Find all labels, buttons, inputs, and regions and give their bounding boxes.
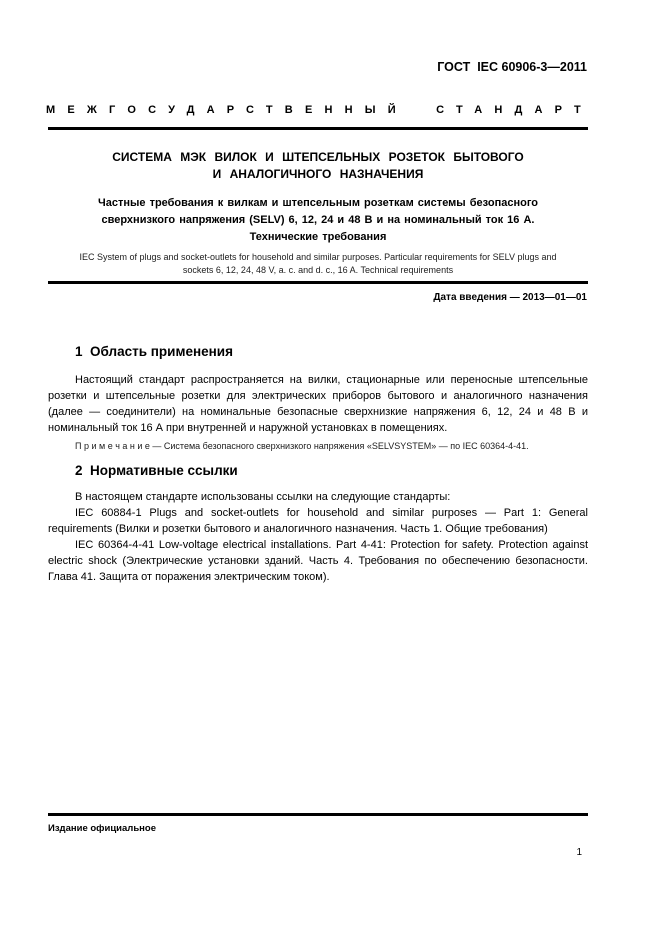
section-2-reference-1: IEC 60884-1 Plugs and socket-outlets for…: [48, 505, 588, 537]
footer-rule: [48, 813, 588, 816]
section-2-body: В настоящем стандарте использованы ссылк…: [48, 489, 588, 585]
document-title-english: IEC System of plugs and socket-outlets f…: [40, 251, 596, 277]
subtitle-line-1: Частные требования к вилкам и штепсельны…: [48, 195, 588, 212]
section-2-intro: В настоящем стандарте использованы ссылк…: [48, 489, 588, 505]
doc-number: ГОСТ IEC 60906-3—2011: [437, 60, 587, 74]
subtitle-line-2: сверхнизкого напряжения (SELV) 6, 12, 24…: [48, 212, 588, 229]
standard-category-header: МЕЖГОСУДАРСТВЕННЫЙ СТАНДАРТ: [46, 104, 591, 116]
title-rule: [48, 281, 588, 284]
section-1-heading: 1 Область применения: [75, 344, 233, 359]
document-page: ГОСТ IEC 60906-3—2011 МЕЖГОСУДАРСТВЕННЫЙ…: [0, 0, 661, 936]
section-1-note: П р и м е ч а н и е — Система безопасног…: [48, 441, 588, 451]
subtitle-line-3: Технические требования: [48, 229, 588, 246]
document-title: СИСТЕМА МЭК ВИЛОК И ШТЕПСЕЛЬНЫХ РОЗЕТОК …: [48, 149, 588, 183]
section-1-paragraph: Настоящий стандарт распространяется на в…: [48, 372, 588, 436]
title-line-2: И АНАЛОГИЧНОГО НАЗНАЧЕНИЯ: [48, 166, 588, 183]
effective-date: Дата введения — 2013—01—01: [433, 292, 587, 303]
title-line-1: СИСТЕМА МЭК ВИЛОК И ШТЕПСЕЛЬНЫХ РОЗЕТОК …: [48, 149, 588, 166]
edition-note: Издание официальное: [48, 823, 156, 834]
title-en-line-2: sockets 6, 12, 24, 48 V, a. c. and d. c.…: [40, 264, 596, 277]
title-en-line-1: IEC System of plugs and socket-outlets f…: [40, 251, 596, 264]
page-number: 1: [576, 847, 582, 858]
section-2-heading: 2 Нормативные ссылки: [75, 463, 238, 478]
document-subtitle: Частные требования к вилкам и штепсельны…: [48, 195, 588, 246]
section-2-reference-2: IEC 60364-4-41 Low-voltage electrical in…: [48, 537, 588, 585]
header-rule: [48, 127, 588, 130]
